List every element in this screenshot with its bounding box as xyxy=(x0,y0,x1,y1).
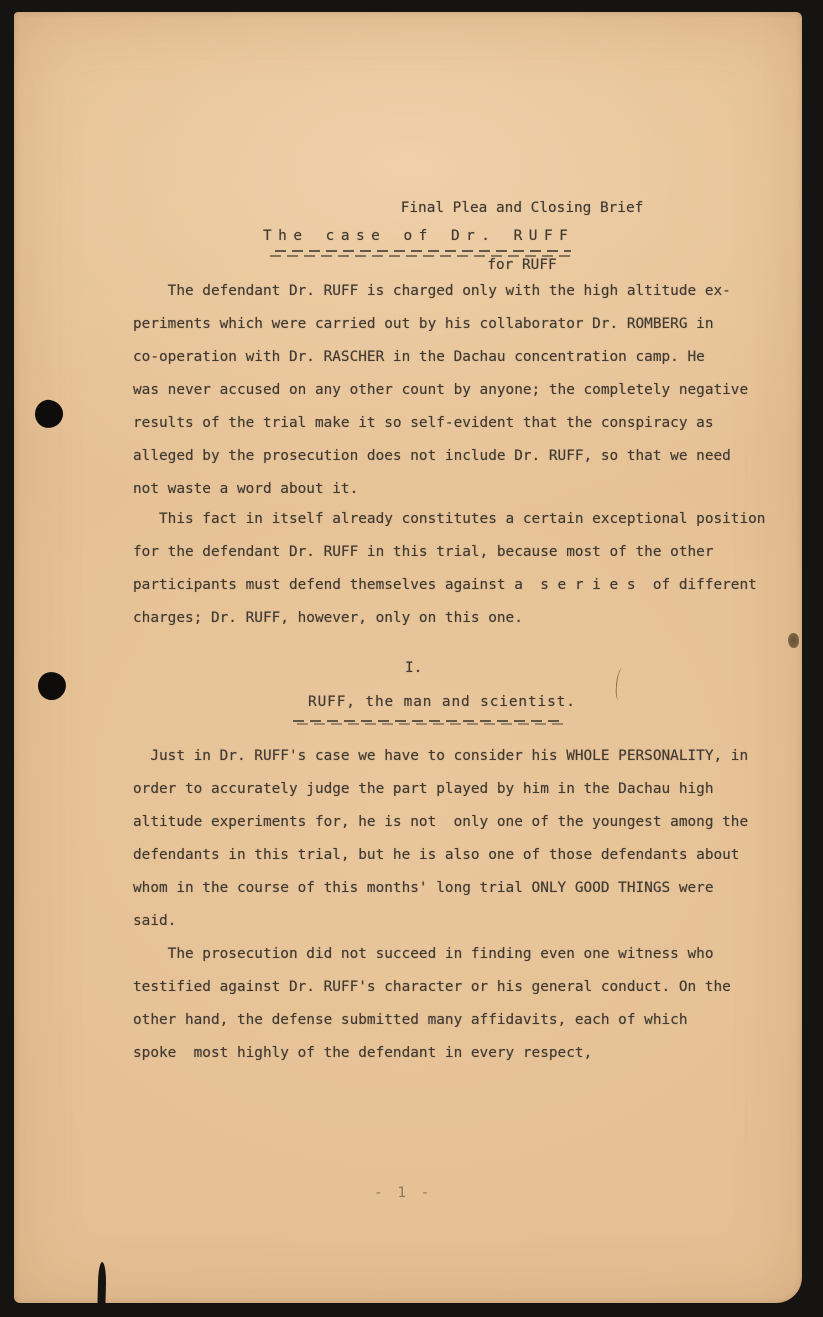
text-line: alleged by the prosecution does not incl… xyxy=(133,440,748,473)
scanned-page-view: { "colors":{ "bg":"#151413", "paper":"#e… xyxy=(0,0,823,1317)
header-line-2: for RUFF xyxy=(397,256,647,275)
bottom-edge-ink-mark xyxy=(97,1262,106,1304)
header-line-1: Final Plea and Closing Brief xyxy=(397,199,647,218)
scan-background: Final Plea and Closing Brief for RUFF Th… xyxy=(0,0,823,1317)
case-title-underline xyxy=(275,250,571,252)
text-line: whom in the course of this months' long … xyxy=(133,872,748,905)
text-line: Just in Dr. RUFF's case we have to consi… xyxy=(133,740,748,773)
text-line: was never accused on any other count by … xyxy=(133,374,748,407)
paragraph-3: Just in Dr. RUFF's case we have to consi… xyxy=(133,740,748,938)
text-line: said. xyxy=(133,905,748,938)
text-line: testified against Dr. RUFF's character o… xyxy=(133,971,731,1004)
case-title: The case of Dr. RUFF xyxy=(263,228,574,244)
paragraph-1: The defendant Dr. RUFF is charged only w… xyxy=(133,275,748,506)
stray-pen-mark xyxy=(615,668,626,701)
section-title: RUFF, the man and scientist. xyxy=(308,692,576,712)
paper-stain xyxy=(788,633,799,648)
text-line: The defendant Dr. RUFF is charged only w… xyxy=(133,275,748,308)
page-number: - 1 - xyxy=(374,1183,432,1203)
text-line: participants must defend themselves agai… xyxy=(133,569,765,602)
document-page: Final Plea and Closing Brief for RUFF Th… xyxy=(14,12,802,1303)
text-line: This fact in itself already constitutes … xyxy=(133,503,765,536)
punch-hole-top xyxy=(32,397,65,430)
section-number: I. xyxy=(405,658,422,678)
text-line: spoke most highly of the defendant in ev… xyxy=(133,1037,731,1070)
punch-hole-bottom xyxy=(36,670,68,702)
section-title-underline xyxy=(293,720,565,722)
text-line: The prosecution did not succeed in findi… xyxy=(133,938,731,971)
text-line: not waste a word about it. xyxy=(133,473,748,506)
text-line: periments which were carried out by his … xyxy=(133,308,748,341)
text-line: results of the trial make it so self-evi… xyxy=(133,407,748,440)
text-line: co-operation with Dr. RASCHER in the Dac… xyxy=(133,341,748,374)
text-line: altitude experiments for, he is not only… xyxy=(133,806,748,839)
case-title-underline-second-strike xyxy=(270,255,570,257)
text-line: charges; Dr. RUFF, however, only on this… xyxy=(133,602,765,635)
text-line: for the defendant Dr. RUFF in this trial… xyxy=(133,536,765,569)
section-title-underline-second-strike xyxy=(297,723,563,725)
text-line: order to accurately judge the part playe… xyxy=(133,773,748,806)
text-line: defendants in this trial, but he is also… xyxy=(133,839,748,872)
text-line: other hand, the defense submitted many a… xyxy=(133,1004,731,1037)
paragraph-2: This fact in itself already constitutes … xyxy=(133,503,765,635)
paragraph-4: The prosecution did not succeed in findi… xyxy=(133,938,731,1070)
